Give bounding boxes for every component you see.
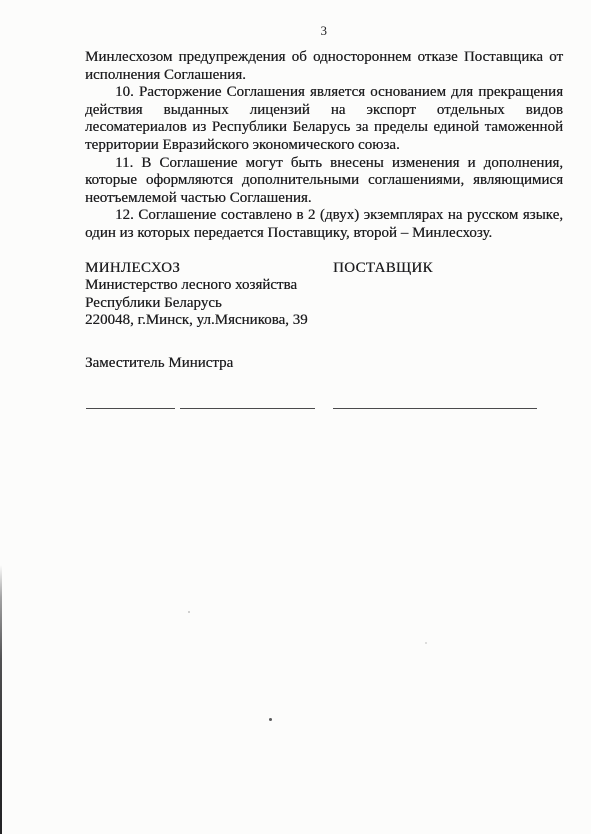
paragraph-clause-12: 12. Соглашение составлено в 2 (двух) экз… bbox=[85, 207, 563, 242]
signatory-title: Заместитель Министра bbox=[85, 355, 563, 373]
scan-artifact-left-edge bbox=[0, 565, 2, 834]
signature-lines bbox=[85, 408, 563, 412]
party-minleskhoz-name-line: Министерство лесного хозяйства bbox=[85, 277, 345, 295]
scan-speck bbox=[269, 718, 272, 721]
scan-speck bbox=[425, 642, 427, 644]
party-minleskhoz-address-line: 220048, г.Минск, ул.Мясникова, 39 bbox=[85, 312, 345, 330]
party-supplier-title: ПОСТАВЩИК bbox=[333, 260, 433, 278]
signature-line-left bbox=[86, 408, 175, 410]
party-minleskhoz: МИНЛЕСХОЗ Министерство лесного хозяйства… bbox=[85, 260, 345, 330]
party-minleskhoz-country-line: Республики Беларусь bbox=[85, 295, 345, 313]
page-number: 3 bbox=[85, 24, 563, 38]
scan-speck bbox=[188, 611, 190, 613]
party-minleskhoz-title: МИНЛЕСХОЗ bbox=[85, 260, 345, 278]
scanned-document-page: 3 Минлесхозом предупреждения об одностор… bbox=[0, 0, 591, 834]
body-text: Минлесхозом предупреждения об односторон… bbox=[85, 49, 563, 243]
parties-block: МИНЛЕСХОЗ Министерство лесного хозяйства… bbox=[85, 260, 563, 330]
paragraph-clause-10: 10. Расторжение Соглашения является осно… bbox=[85, 84, 563, 154]
paragraph-continuation: Минлесхозом предупреждения об односторон… bbox=[85, 49, 563, 84]
document-content: 3 Минлесхозом предупреждения об одностор… bbox=[85, 24, 563, 412]
paragraph-clause-11: 11. В Соглашение могут быть внесены изме… bbox=[85, 155, 563, 208]
signature-line-right bbox=[333, 408, 537, 410]
signature-line-middle bbox=[180, 408, 315, 410]
party-supplier: ПОСТАВЩИК bbox=[333, 260, 433, 278]
